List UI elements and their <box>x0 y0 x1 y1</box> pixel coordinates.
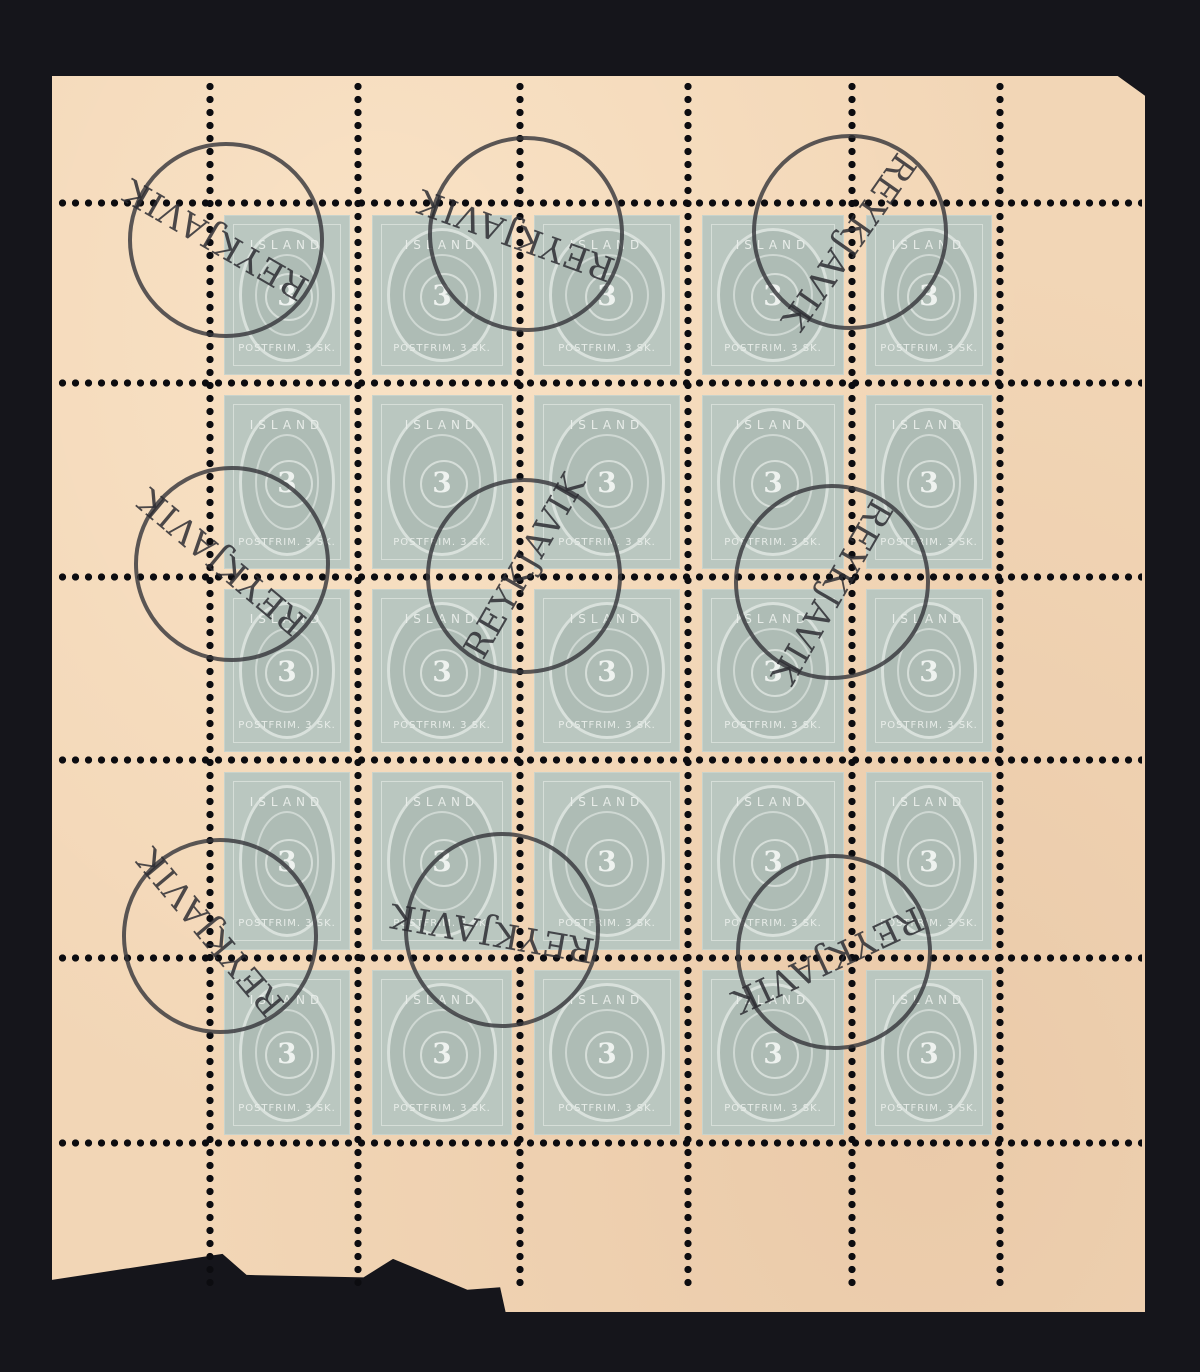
perforation-row <box>56 1139 1142 1147</box>
stamp-value: 3 <box>535 1037 679 1070</box>
inscription: POSTFRIM. 3 SK. <box>703 720 843 731</box>
country-label: ISLAND <box>373 795 511 809</box>
stamp-value: 3 <box>867 1037 991 1070</box>
country-label: ISLAND <box>373 418 511 432</box>
postmark-text: REYKJAVIK <box>783 146 924 323</box>
inscription: POSTFRIM. 3 SK. <box>373 343 511 354</box>
inscription: POSTFRIM. 3 SK. <box>535 343 679 354</box>
stamp-value: 3 <box>867 466 991 499</box>
inscription: POSTFRIM. 3 SK. <box>867 343 991 354</box>
perforation-row <box>56 756 1142 764</box>
perforation-column <box>684 80 692 1290</box>
inscription: POSTFRIM. 3 SK. <box>373 1103 511 1114</box>
inscription: POSTFRIM. 3 SK. <box>535 720 679 731</box>
inscription: POSTFRIM. 3 SK. <box>225 1103 349 1114</box>
stamp-value: 3 <box>373 1037 511 1070</box>
country-label: ISLAND <box>535 418 679 432</box>
country-label: ISLAND <box>867 418 991 432</box>
postmark-text: REYKJAVIK <box>145 491 315 642</box>
inscription: POSTFRIM. 3 SK. <box>703 1103 843 1114</box>
stamp-value: 3 <box>225 1037 349 1070</box>
postmark-text: REYKJAVIK <box>405 898 597 970</box>
postmark-text: REYKJAVIK <box>133 179 316 308</box>
country-label: ISLAND <box>225 795 349 809</box>
country-label: ISLAND <box>535 795 679 809</box>
inscription: POSTFRIM. 3 SK. <box>225 720 349 731</box>
postmark-text: REYKJAVIK <box>742 898 929 1014</box>
country-label: ISLAND <box>867 795 991 809</box>
perforation-column <box>354 80 362 1290</box>
inscription: POSTFRIM. 3 SK. <box>225 343 349 354</box>
postmark-text: REYKJAVIK <box>771 493 900 676</box>
perforation-column <box>996 80 1004 1290</box>
inscription: POSTFRIM. 3 SK. <box>703 343 843 354</box>
perforation-row <box>56 379 1142 387</box>
postmark-text: REYKJAVIK <box>429 187 619 289</box>
inscription: POSTFRIM. 3 SK. <box>867 720 991 731</box>
country-label: ISLAND <box>703 795 843 809</box>
country-label: ISLAND <box>225 418 349 432</box>
inscription: POSTFRIM. 3 SK. <box>867 1103 991 1114</box>
inscription: POSTFRIM. 3 SK. <box>535 1103 679 1114</box>
postmark-text: REYKJAVIK <box>141 854 292 1024</box>
inscription: POSTFRIM. 3 SK. <box>373 720 511 731</box>
country-label: ISLAND <box>703 418 843 432</box>
postmark-text: REYKJAVIK <box>456 483 585 666</box>
